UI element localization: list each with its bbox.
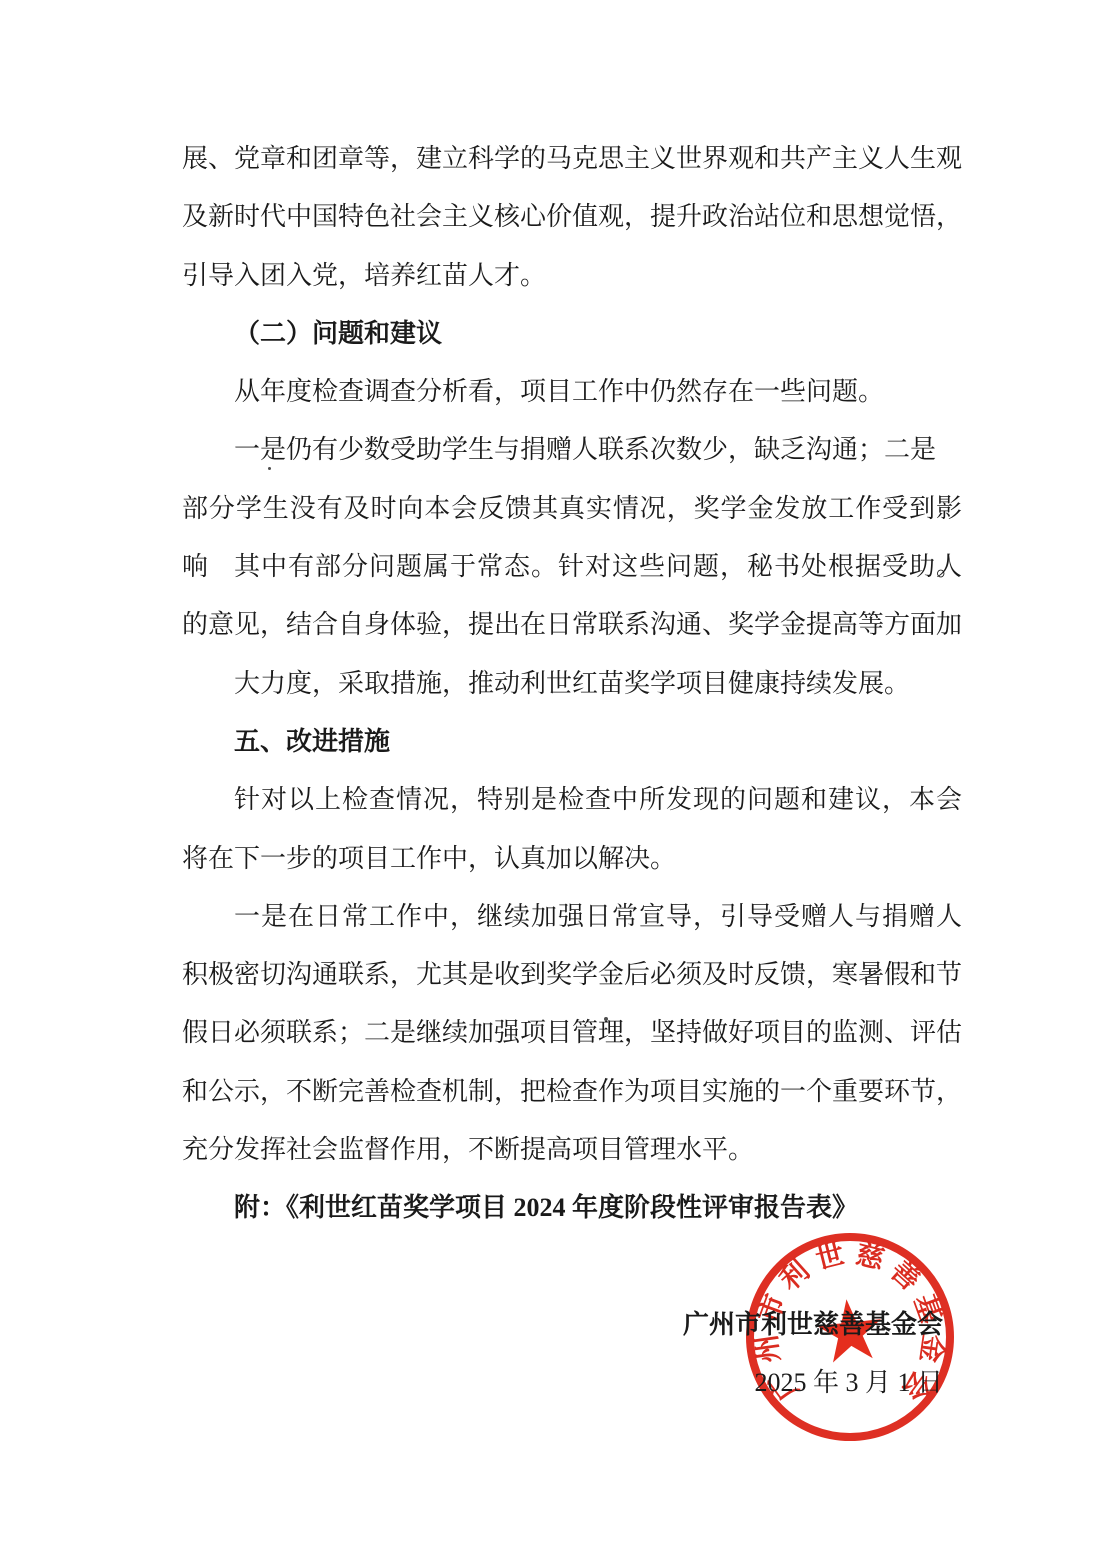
attachment-line: 附：《利世红苗奖学项目 2024 年度阶段性评审报告表》 — [182, 1179, 962, 1237]
text-line: 展、党章和团章等，建立科学的马克思主义世界观和共产主义人生观 — [182, 130, 962, 188]
signature-org-line: 广州市利世慈善基金会 — [182, 1296, 962, 1354]
text-line: 充分发挥社会监督作用，不断提高项目管理水平。 — [182, 1121, 962, 1179]
text-line: 积极密切沟通联系，尤其是收到奖学金后必须及时反馈，寒暑假和节 — [182, 946, 962, 1004]
blank-line — [182, 1238, 962, 1296]
text-line: 针对以上检查情况，特别是检查中所发现的问题和建议，本会 — [182, 771, 962, 829]
section-heading: 五、改进措施 — [182, 713, 962, 771]
scan-speck — [604, 1017, 608, 1021]
text-line: 一是在日常工作中，继续加强日常宣导，引导受赠人与捐赠人 — [182, 888, 962, 946]
text-line: 的意见，结合自身体验，提出在日常联系沟通、奖学金提高等方面加 — [182, 596, 962, 654]
text-line: 引导入团入党，培养红苗人才。 — [182, 247, 962, 305]
text-line: 一是仍有少数受助学生与捐赠人联系次数少，缺乏沟通；二是 — [182, 421, 962, 479]
section-heading: （二）问题和建议 — [182, 305, 962, 363]
text-line: 将在下一步的项目工作中，认真加以解决。 — [182, 830, 962, 888]
text-line: 和公示，不断完善检查机制，把检查作为项目实施的一个重要环节， — [182, 1063, 962, 1121]
text-line: 其中有部分问题属于常态。针对这些问题，秘书处根据受助人 — [182, 538, 962, 596]
document-body: 展、党章和团章等，建立科学的马克思主义世界观和共产主义人生观及新时代中国特色社会… — [182, 130, 962, 1413]
document-page: 展、党章和团章等，建立科学的马克思主义世界观和共产主义人生观及新时代中国特色社会… — [0, 0, 1102, 1559]
text-line: 大力度，采取措施，推动利世红苗奖学项目健康持续发展。 — [182, 655, 962, 713]
signature-date-line: 2025 年 3 月 1 日 — [182, 1354, 962, 1412]
text-line: 从年度检查调查分析看，项目工作中仍然存在一些问题。 — [182, 363, 962, 421]
text-line: 及新时代中国特色社会主义核心价值观，提升政治站位和思想觉悟， — [182, 188, 962, 246]
text-line: 部分学生没有及时向本会反馈其真实情况，奖学金发放工作受到影响。 — [182, 480, 962, 538]
scan-speck — [268, 467, 271, 470]
text-line: 假日必须联系；二是继续加强项目管理，坚持做好项目的监测、评估 — [182, 1004, 962, 1062]
